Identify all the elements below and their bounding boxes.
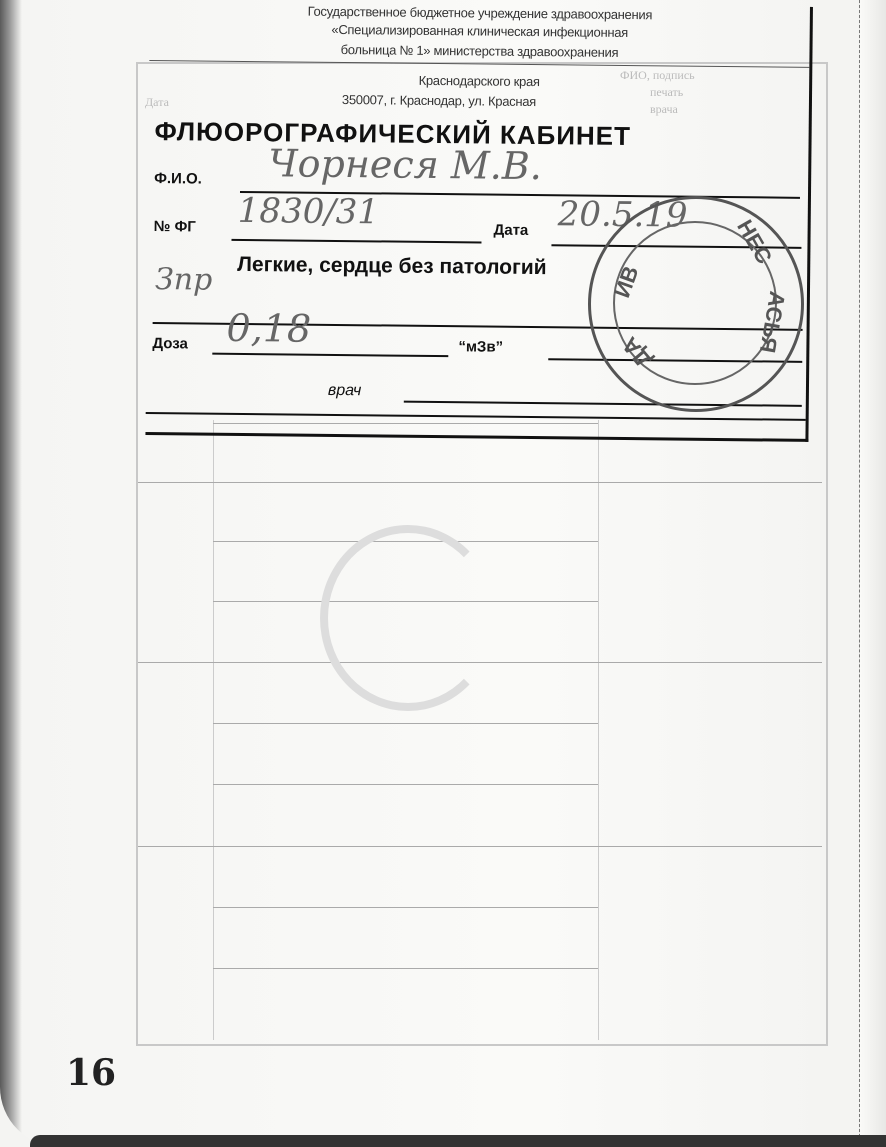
dose-line [212,353,448,357]
table-divider [598,420,599,1040]
ghost-stamp-circle [320,525,496,711]
page-number: 16 [66,1052,116,1094]
table-line [213,784,598,785]
dose-value: 0,18 [226,306,311,351]
table-line [213,907,598,908]
table-line [213,968,598,969]
conclusion-handwritten: Зпр [155,262,213,298]
page-edge [859,0,886,1147]
stamp-header-line: «Специализированная клиническая инфекцио… [150,20,810,42]
divider [149,60,809,68]
stamp-header-line: Краснодарского края [149,70,809,92]
fio-value: Чорнеся М.В. [268,141,542,188]
fg-number-label: № ФГ [154,218,196,235]
table-line [138,846,822,847]
cover-edge [30,1135,886,1147]
table-divider [213,420,214,1040]
round-seal: ИВ НЕС АСЬЯ ДА [588,196,804,412]
stamp-header-address: 350007, г. Краснодар, ул. Красная [109,90,769,112]
table-line [138,482,822,483]
dose-label: Доза [152,335,188,352]
fg-line [231,239,481,244]
doctor-label: врач [328,382,362,400]
conclusion-text: Легкие, сердце без патологий [237,253,547,280]
stamp-header-line: больница № 1» министерства здравоохранен… [149,40,809,62]
table-line [213,723,598,724]
bottom-rule [146,412,806,421]
fio-label: Ф.И.О. [154,170,202,187]
fg-number-value: 1830/31 [238,191,380,232]
dose-unit: “мЗв” [458,338,503,355]
booklet-page: Дата ФИО, подпись печать врача Государст… [0,0,886,1147]
date-label: Дата [494,222,529,239]
